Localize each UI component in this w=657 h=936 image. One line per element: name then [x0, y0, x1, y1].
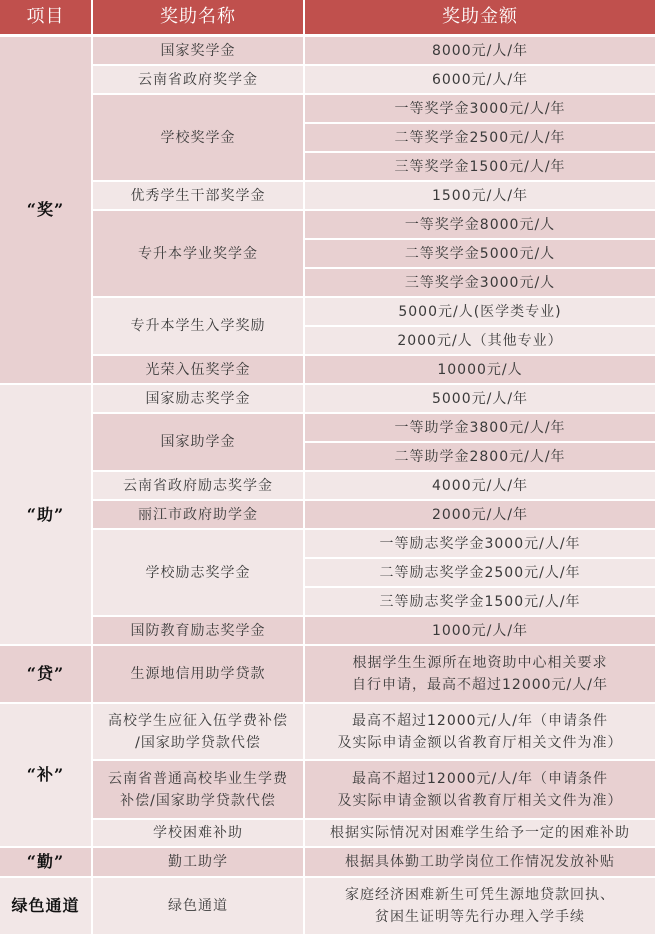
- award-amount: 根据具体勤工助学岗位工作情况发放补贴: [305, 848, 655, 876]
- award-name: 勤工助学: [93, 848, 303, 876]
- award-name: 学校困难补助: [93, 820, 303, 846]
- award-amount: 4000元/人/年: [305, 472, 655, 499]
- award-name: 绿色通道: [93, 878, 303, 934]
- award-amount: 三等奖学金1500元/人/年: [305, 153, 655, 180]
- award-name: 光荣入伍奖学金: [93, 356, 303, 383]
- award-name: 国家励志奖学金: [93, 385, 303, 412]
- category-qin: “勤”: [0, 848, 91, 876]
- category-zhu: “助”: [0, 385, 91, 644]
- award-amount: 最高不超过12000元/人/年（申请条件 及实际申请金额以省教育厅相关文件为准）: [305, 761, 655, 818]
- award-amount: 二等奖学金5000元/人: [305, 240, 655, 267]
- award-amount: 三等励志奖学金1500元/人/年: [305, 588, 655, 615]
- award-name: 国家奖学金: [93, 37, 303, 64]
- award-amount: 1500元/人/年: [305, 182, 655, 209]
- header-category: 项目: [0, 0, 91, 34]
- award-amount: 二等励志奖学金2500元/人/年: [305, 559, 655, 586]
- category-dai: “贷”: [0, 646, 91, 702]
- award-amount: 2000元/人/年: [305, 501, 655, 528]
- award-name: 云南省普通高校毕业生学费 补偿/国家助学贷款代偿: [93, 761, 303, 818]
- award-amount: 二等助学金2800元/人/年: [305, 443, 655, 470]
- category-bu: “补”: [0, 704, 91, 846]
- award-name: 云南省政府奖学金: [93, 66, 303, 93]
- award-name: 学校奖学金: [93, 95, 303, 180]
- award-amount: 6000元/人/年: [305, 66, 655, 93]
- award-amount: 一等助学金3800元/人/年: [305, 414, 655, 441]
- award-amount: 根据学生生源所在地资助中心相关要求 自行申请，最高不超过12000元/人/年: [305, 646, 655, 702]
- award-name: 云南省政府励志奖学金: [93, 472, 303, 499]
- award-amount: 8000元/人/年: [305, 37, 655, 64]
- award-name: 丽江市政府助学金: [93, 501, 303, 528]
- award-amount: 最高不超过12000元/人/年（申请条件 及实际申请金额以省教育厅相关文件为准）: [305, 704, 655, 759]
- award-name: 专升本学生入学奖励: [93, 298, 303, 354]
- category-green-channel: 绿色通道: [0, 878, 91, 934]
- award-name: 优秀学生干部奖学金: [93, 182, 303, 209]
- award-name: 专升本学业奖学金: [93, 211, 303, 296]
- award-name: 生源地信用助学贷款: [93, 646, 303, 702]
- award-amount: 二等奖学金2500元/人/年: [305, 124, 655, 151]
- award-name: 国家助学金: [93, 414, 303, 470]
- header-name: 奖助名称: [93, 0, 303, 34]
- header-amount: 奖助金额: [305, 0, 655, 34]
- award-amount: 一等励志奖学金3000元/人/年: [305, 530, 655, 557]
- award-amount: 三等奖学金3000元/人: [305, 269, 655, 296]
- award-amount: 5000元/人(医学类专业): [305, 298, 655, 325]
- award-amount: 10000元/人: [305, 356, 655, 383]
- award-name: 高校学生应征入伍学费补偿 /国家助学贷款代偿: [93, 704, 303, 759]
- award-amount: 家庭经济困难新生可凭生源地贷款回执、 贫困生证明等先行办理入学手续: [305, 878, 655, 934]
- award-amount: 一等奖学金3000元/人/年: [305, 95, 655, 122]
- award-amount: 根据实际情况对困难学生给予一定的困难补助: [305, 820, 655, 846]
- award-amount: 5000元/人/年: [305, 385, 655, 412]
- award-amount: 1000元/人/年: [305, 617, 655, 644]
- award-name: 学校励志奖学金: [93, 530, 303, 615]
- award-amount: 2000元/人（其他专业）: [305, 327, 655, 354]
- award-name: 国防教育励志奖学金: [93, 617, 303, 644]
- category-jiang: “奖”: [0, 37, 91, 383]
- award-amount: 一等奖学金8000元/人: [305, 211, 655, 238]
